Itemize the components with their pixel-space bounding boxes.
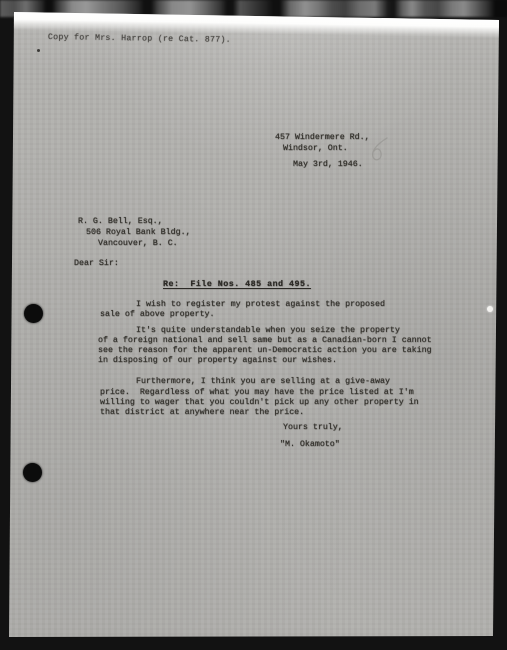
- recipient-city-line: Vancouver, B. C.: [98, 239, 178, 248]
- body-line: Furthermore, I think you are selling at …: [136, 377, 390, 386]
- punch-hole: [23, 463, 42, 482]
- body-line: price. Regardless of what you may have t…: [100, 388, 414, 397]
- return-address-line: 457 Windermere Rd.,: [275, 133, 370, 142]
- letter-paper: Copy for Mrs. Harrop (re Cat. 877). 457 …: [0, 0, 507, 650]
- body-line: willing to wager that you couldn't pick …: [100, 398, 419, 407]
- pencil-mark: [366, 136, 392, 164]
- return-address-line: Windsor, Ont.: [283, 144, 348, 153]
- punch-hole: [24, 304, 43, 323]
- body-line: It's quite understandable when you seize…: [136, 326, 400, 335]
- signature-line: "M. Okamoto": [280, 440, 340, 449]
- body-line: in disposing of our property against our…: [98, 356, 337, 365]
- scanned-letter-page: Copy for Mrs. Harrop (re Cat. 877). 457 …: [0, 0, 507, 650]
- salutation: Dear Sir:: [74, 259, 119, 268]
- body-line: sale of above property.: [100, 310, 215, 319]
- closing-line: Yours truly,: [283, 423, 343, 432]
- dust-speck: [37, 49, 40, 52]
- recipient-address-line: 506 Royal Bank Bldg.,: [86, 228, 191, 237]
- recipient-name: R. G. Bell, Esq.,: [78, 217, 163, 226]
- body-line: of a foreign national and sell same but …: [98, 336, 432, 345]
- dust-speck: [487, 306, 493, 312]
- copy-annotation: Copy for Mrs. Harrop (re Cat. 877).: [48, 33, 231, 45]
- body-line: I wish to register my protest against th…: [136, 300, 385, 309]
- body-line: that district at anywhere near the price…: [100, 408, 304, 417]
- body-line: see the reason for the apparent un-Democ…: [98, 346, 432, 355]
- date-line: May 3rd, 1946.: [293, 160, 363, 169]
- subject-line: Re: File Nos. 485 and 495.: [163, 280, 311, 289]
